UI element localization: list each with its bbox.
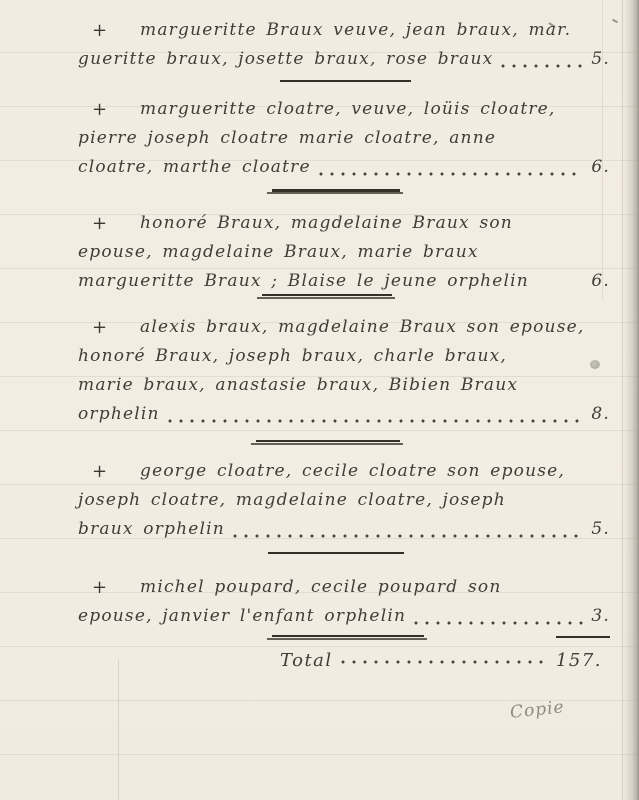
dot-leader: [168, 415, 584, 424]
page-edge-shadow: [623, 0, 639, 800]
household-count: 6.: [591, 267, 610, 296]
entry-line: + george cloatre, cecile cloatre son epo…: [78, 457, 610, 486]
total-label: Total: [280, 650, 333, 671]
total-value: 157.: [556, 650, 602, 671]
dot-leader: [501, 60, 583, 69]
census-entry: + michel poupard, cecile poupard son epo…: [78, 573, 610, 631]
entry-line: + margueritte cloatre, veuve, loüis cloa…: [78, 95, 610, 124]
entry-line: + margueritte Braux veuve, jean braux, m…: [78, 16, 610, 45]
entry-line: + honoré Braux, magdelaine Braux son: [78, 209, 610, 238]
dot-leader: [414, 617, 583, 626]
separator-line: [272, 189, 400, 192]
fold-line: [118, 660, 119, 800]
entry-line: honoré Braux, joseph braux, charle braux…: [78, 342, 610, 371]
household-count: 5.: [591, 45, 610, 74]
entry-line: braux orphelin 5.: [78, 515, 610, 544]
plus-mark: +: [92, 457, 108, 486]
entry-line: + alexis braux, magdelaine Braux son epo…: [78, 313, 610, 342]
separator-line: [262, 294, 392, 296]
census-entry: + honoré Braux, magdelaine Braux son epo…: [78, 209, 610, 296]
plus-mark: +: [92, 95, 108, 124]
separator-line: [272, 635, 424, 637]
copie-annotation: Copie: [509, 697, 565, 723]
census-entry: + alexis braux, magdelaine Braux son epo…: [78, 313, 610, 429]
household-count: 6.: [591, 153, 610, 182]
entry-line: + michel poupard, cecile poupard son: [78, 573, 610, 602]
separator-line: [256, 440, 400, 442]
census-entry: + margueritte cloatre, veuve, loüis cloa…: [78, 95, 610, 182]
separator-line: [280, 80, 411, 82]
dot-leader: [233, 530, 583, 539]
entry-line: gueritte braux, josette braux, rose brau…: [78, 45, 610, 74]
plus-mark: +: [92, 16, 108, 45]
total-column-rule: [556, 636, 610, 638]
entry-line: epouse, janvier l'enfant orphelin 3.: [78, 602, 610, 631]
dot-leader: [341, 656, 548, 665]
dot-leader: [319, 168, 584, 177]
entry-line: pierre joseph cloatre marie cloatre, ann…: [78, 124, 610, 153]
household-count: 5.: [591, 515, 610, 544]
household-count: 8.: [591, 400, 610, 429]
pencil-mark: [612, 19, 618, 24]
scanned-document-page: + margueritte Braux veuve, jean braux, m…: [0, 0, 639, 800]
punch-hole: [590, 360, 600, 369]
household-count: 3.: [591, 602, 610, 631]
total-row: Total 157.: [280, 650, 602, 671]
entry-line: cloatre, marthe cloatre 6.: [78, 153, 610, 182]
census-entry: + george cloatre, cecile cloatre son epo…: [78, 457, 610, 544]
plus-mark: +: [92, 313, 108, 342]
entry-line: orphelin 8.: [78, 400, 610, 429]
separator-line: [268, 552, 404, 554]
entry-line: margueritte Braux ; Blaise le jeune orph…: [78, 267, 610, 296]
plus-mark: +: [92, 209, 108, 238]
entry-line: marie braux, anastasie braux, Bibien Bra…: [78, 371, 610, 400]
entry-line: joseph cloatre, magdelaine cloatre, jose…: [78, 486, 610, 515]
plus-mark: +: [92, 573, 108, 602]
census-entry: + margueritte Braux veuve, jean braux, m…: [78, 16, 610, 74]
dot-leader: [537, 282, 583, 291]
entry-line: epouse, magdelaine Braux, marie braux: [78, 238, 610, 267]
